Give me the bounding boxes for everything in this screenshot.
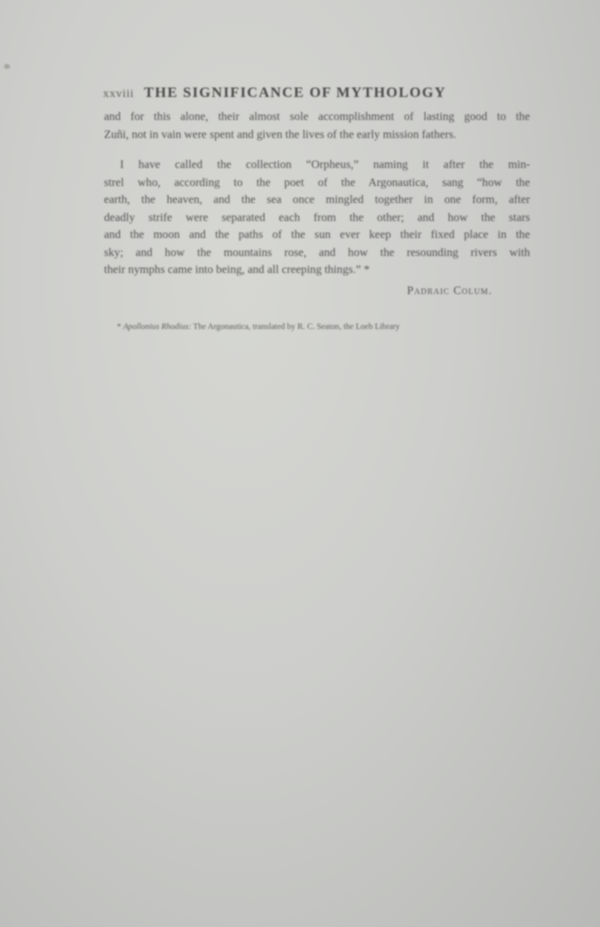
text-line: strel who, according to the poet of the … xyxy=(104,174,530,192)
footnote: * Apollonius Rhodius: The Argonautica, t… xyxy=(117,322,400,331)
paragraph-orpheus: I have called the collection “Orpheus,” … xyxy=(104,156,530,279)
text-line: earth, the heaven, and the sea once ming… xyxy=(104,191,530,209)
text-line: sky; and how the mountains rose, and how… xyxy=(104,244,530,262)
page-header: xxviii THE SIGNIFICANCE OF MYTHOLOGY xyxy=(103,84,533,102)
book-page: xxviii THE SIGNIFICANCE OF MYTHOLOGY and… xyxy=(0,0,600,927)
text-line: Zuñi, not in vain were spent and given t… xyxy=(104,126,530,144)
text-line: and for this alone, their almost sole ac… xyxy=(104,108,530,126)
author-signature: Padraic Colum. xyxy=(407,285,492,297)
text-line: their nymphs came into being, and all cr… xyxy=(104,261,530,279)
text-line: and the moon and the paths of the sun ev… xyxy=(104,226,530,244)
running-title: THE SIGNIFICANCE OF MYTHOLOGY xyxy=(144,85,446,101)
paper-speck xyxy=(4,64,10,69)
paragraph-continuation: and for this alone, their almost sole ac… xyxy=(104,108,530,143)
text-line: deadly strife were separated each from t… xyxy=(104,209,530,227)
footnote-marker: * xyxy=(117,322,121,331)
footnote-text: The Argonautica, translated by R. C. Sea… xyxy=(193,322,400,331)
page-number: xxviii xyxy=(103,86,134,100)
footnote-author: Apollonius Rhodius: xyxy=(123,322,191,331)
text-line: I have called the collection “Orpheus,” … xyxy=(104,156,530,174)
